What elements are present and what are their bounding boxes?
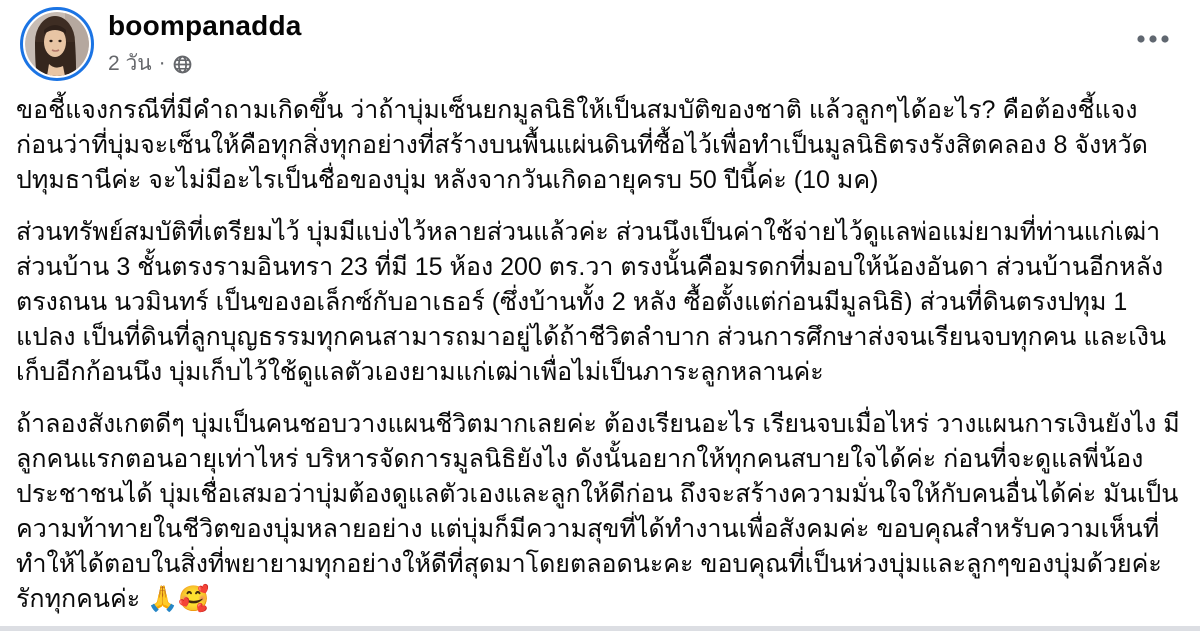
facebook-post: boompanadda 2 วัน · ขอชี้แจงกรณีที่มีคำถ…: [0, 0, 1200, 631]
more-options-icon[interactable]: [1132, 22, 1174, 54]
post-header: boompanadda 2 วัน ·: [0, 0, 1200, 85]
globe-public-icon: [173, 55, 192, 74]
post-paragraph: ส่วนทรัพย์สมบัติที่เตรียมไว้ บุ่มมีแบ่งไ…: [16, 215, 1182, 390]
bottom-divider: [0, 626, 1200, 631]
post-meta: 2 วัน ·: [108, 47, 302, 80]
meta-separator: ·: [159, 51, 166, 75]
post-paragraph: ถ้าลองสังเกตดีๆ บุ่มเป็นคนชอบวางแผนชีวิต…: [16, 407, 1182, 617]
timestamp[interactable]: 2 วัน: [108, 47, 152, 80]
post-body: ขอชี้แจงกรณีที่มีคำถามเกิดขึ้น ว่าถ้าบุ่…: [0, 85, 1200, 617]
author-name[interactable]: boompanadda: [108, 11, 302, 42]
avatar-story-ring[interactable]: [20, 7, 94, 81]
post-paragraph: ขอชี้แจงกรณีที่มีคำถามเกิดขึ้น ว่าถ้าบุ่…: [16, 93, 1182, 198]
avatar[interactable]: [25, 12, 89, 76]
avatar-photo: [25, 12, 89, 76]
